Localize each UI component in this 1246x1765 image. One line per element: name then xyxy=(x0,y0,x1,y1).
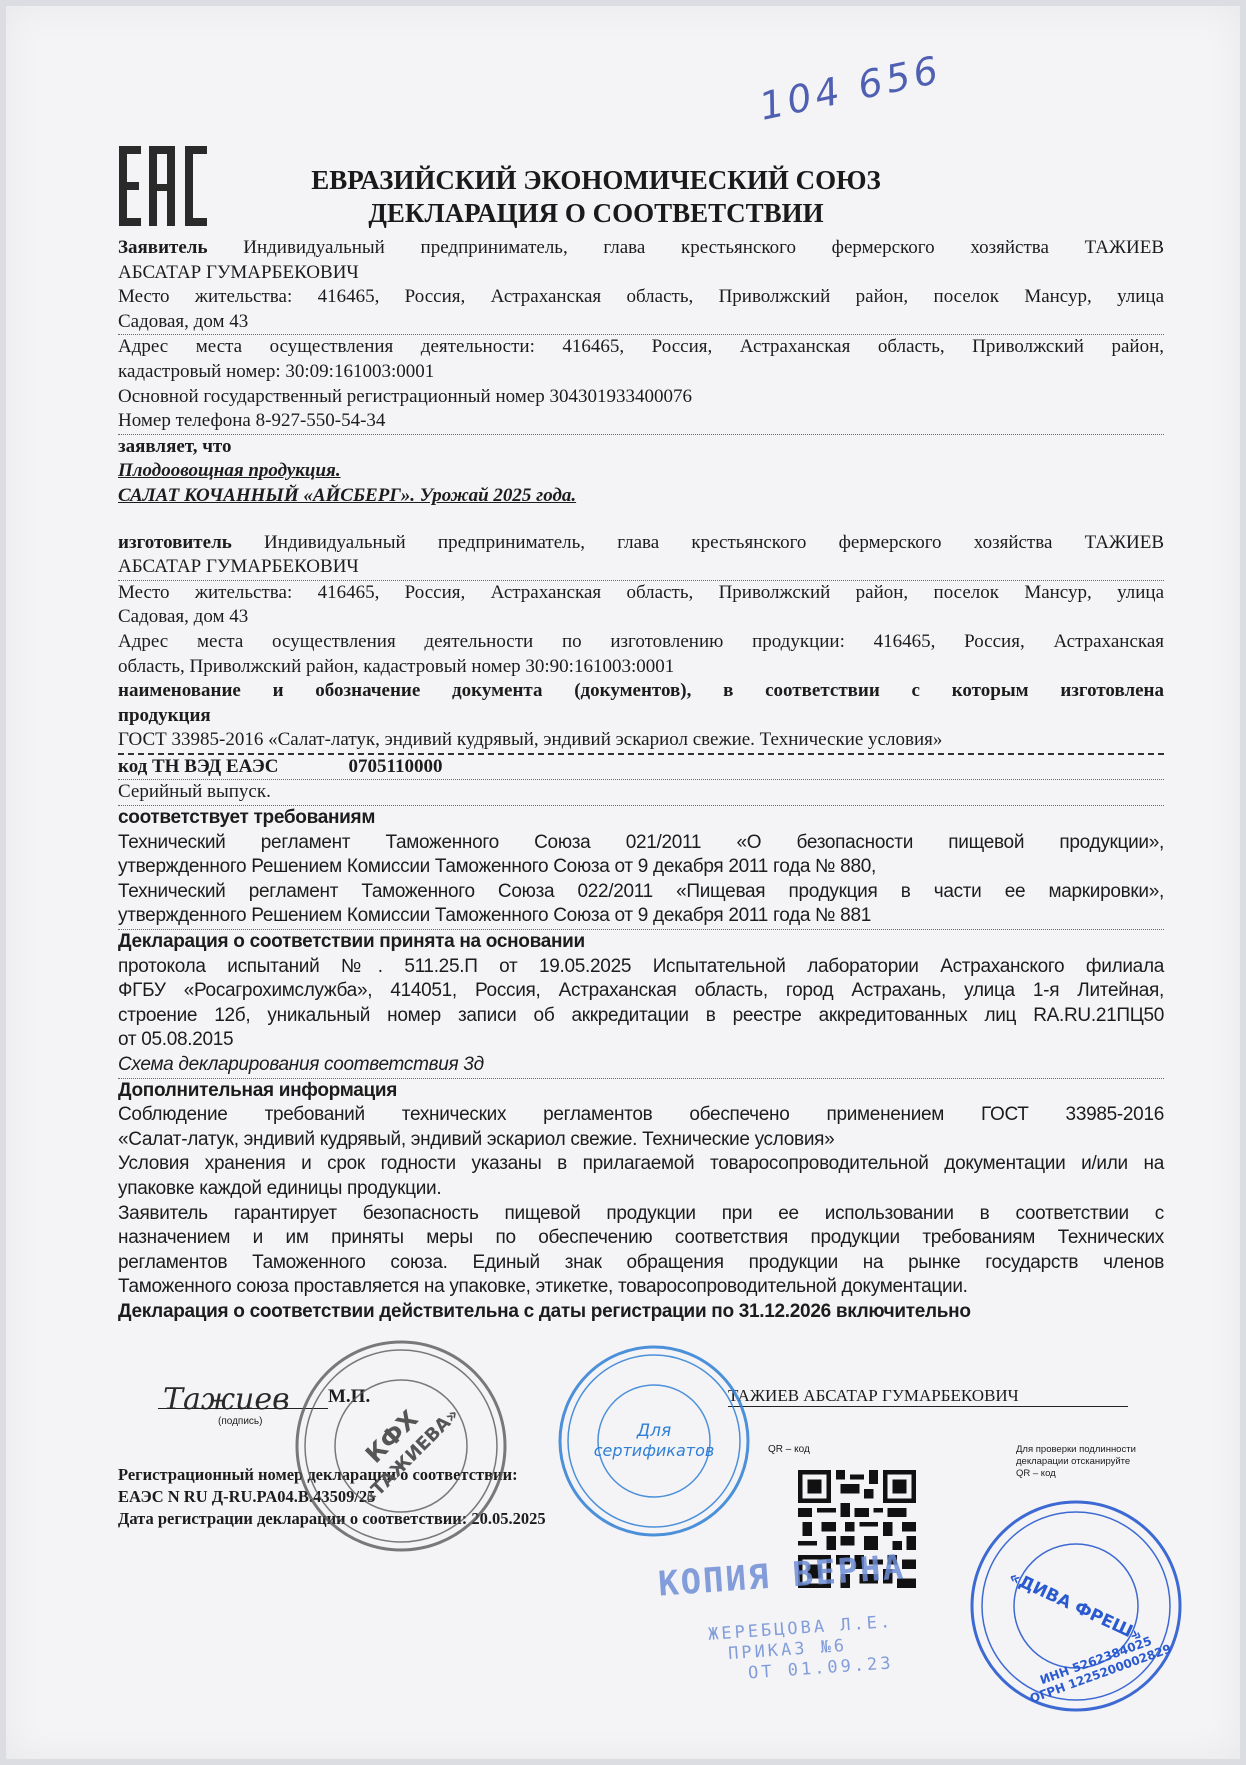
standard-doc-label-cont: продукция xyxy=(118,704,1164,729)
applicant-phone: Номер телефона 8-927-550-54-34 xyxy=(118,409,1164,435)
applicant-cadastral: кадастровый номер: 30:09:161003:0001 xyxy=(118,360,1164,385)
basis-l1: протокола испытаний №. 511.25.П от 19.05… xyxy=(118,955,1164,980)
copy-stamp-title: КОПИЯ ВЕРНА xyxy=(657,1547,906,1604)
kfh-seal-stamp-icon: КФХ «ТАЖИЕВА» xyxy=(291,1336,511,1556)
applicant-activity-address: Адрес места осуществления деятельности: … xyxy=(118,335,1164,360)
svg-text:«ДИВА ФРЕШ»: «ДИВА ФРЕШ» xyxy=(1006,1567,1146,1647)
verify-l3: QR – код xyxy=(1016,1468,1156,1480)
document-title: ЕВРАЗИЙСКИЙ ЭКОНОМИЧЕСКИЙ СОЮЗ ДЕКЛАРАЦИ… xyxy=(246,164,946,230)
basis-l3: строение 12б, уникальный номер записи об… xyxy=(118,1004,1164,1029)
manufacturer-residence-cont: Садовая, дом 43 xyxy=(118,605,1164,630)
additional-l3: Условия хранения и срок годности указаны… xyxy=(118,1152,1164,1177)
basis-label: Декларация о соответствии принята на осн… xyxy=(118,930,1164,955)
diva-fresh-stamp-icon: «ДИВА ФРЕШ» ИНН 5262384025 ОГРН 12252000… xyxy=(966,1496,1186,1716)
additional-l1: Соблюдение требований технических реглам… xyxy=(118,1103,1164,1128)
requirements-l1: Технический регламент Таможенного Союза … xyxy=(118,831,1164,856)
applicant-residence-cont: Садовая, дом 43 xyxy=(118,310,1164,336)
release-type: Серийный выпуск. xyxy=(118,780,1164,806)
manufacturer-production-cont: область, Приволжский район, кадастровый … xyxy=(118,655,1164,680)
tnved-label: код ТН ВЭД ЕАЭС xyxy=(118,756,279,777)
svg-text:Для: Для xyxy=(636,1421,671,1441)
additional-l2: «Салат-латук, эндивий кудрявый, эндивий … xyxy=(118,1128,1164,1153)
product-category: Плодоовощная продукция. xyxy=(118,460,341,481)
tnved-line: код ТН ВЭД ЕАЭС0705110000 xyxy=(118,755,1164,781)
requirements-label: соответствует требованиям xyxy=(118,806,1164,831)
product-name: САЛАТ КОЧАННЫЙ «АЙСБЕРГ». Урожай 2025 го… xyxy=(118,485,576,506)
additional-label: Дополнительная информация xyxy=(118,1079,1164,1104)
verify-l2: декларации отсканируйте xyxy=(1016,1456,1156,1468)
applicant-name-cont: АБСАТАР ГУМАРБЕКОВИЧ xyxy=(118,261,1164,286)
declaration-scheme: Схема декларирования соответствия 3д xyxy=(118,1053,1164,1079)
title-union: ЕВРАЗИЙСКИЙ ЭКОНОМИЧЕСКИЙ СОЮЗ xyxy=(246,164,946,197)
requirements-l2: утвержденного Решением Комиссии Таможенн… xyxy=(118,855,1164,880)
svg-text:сертификатов: сертификатов xyxy=(594,1441,715,1460)
applicant-line: Заявитель Индивидуальный предприниматель… xyxy=(118,236,1164,261)
qr-label: QR – код xyxy=(768,1444,810,1455)
manufacturer-residence: Место жительства: 416465, Россия, Астрах… xyxy=(118,581,1164,606)
requirements-l3: Технический регламент Таможенного Союза … xyxy=(118,880,1164,905)
requirements-l4: утвержденного Решением Комиссии Таможенн… xyxy=(118,904,1164,930)
manufacturer-line: изготовитель Индивидуальный предпринимат… xyxy=(118,531,1164,556)
qr-verify-note: Для проверки подлинности декларации отск… xyxy=(1016,1444,1156,1480)
tnved-code: 0705110000 xyxy=(349,756,443,777)
manufacturer-production-address: Адрес места осуществления деятельности п… xyxy=(118,630,1164,655)
basis-l4: от 05.08.2015 xyxy=(118,1028,1164,1053)
declaration-body: Заявитель Индивидуальный предприниматель… xyxy=(118,236,1164,1325)
applicant-name: Индивидуальный предприниматель, глава кр… xyxy=(243,237,1164,258)
declaration-sheet: 104 656 ЕВРАЗИЙСКИЙ ЭКОНОМИЧЕСКИЙ СОЮЗ Д… xyxy=(6,6,1240,1759)
additional-l7: регламентов Таможенного союза. Единый зн… xyxy=(118,1251,1164,1276)
standard-doc-value: ГОСТ 33985-2016 «Салат-латук, эндивий ку… xyxy=(118,728,1164,755)
applicant-residence: Место жительства: 416465, Россия, Астрах… xyxy=(118,285,1164,310)
handwritten-number: 104 656 xyxy=(755,47,945,129)
handwritten-signature: Тажиев xyxy=(163,1382,290,1417)
manufacturer-name: Индивидуальный предприниматель, глава кр… xyxy=(264,532,1164,553)
additional-l4: упаковке каждой единицы продукции. xyxy=(118,1177,1164,1202)
basis-l2: ФГБУ «Росагрохимслужба», 414051, Россия,… xyxy=(118,979,1164,1004)
manufacturer-name-cont: АБСАТАР ГУМАРБЕКОВИЧ xyxy=(118,555,1164,581)
copy-certified-stamp: КОПИЯ ВЕРНА ЖЕРЕБЦОВА Л.Е. ПРИКАЗ №6 ОТ … xyxy=(658,1556,905,1678)
validity-statement: Декларация о соответствии действительна … xyxy=(118,1300,1164,1325)
manufacturer-label: изготовитель xyxy=(118,532,232,553)
additional-l5: Заявитель гарантирует безопасность пищев… xyxy=(118,1202,1164,1227)
title-declaration: ДЕКЛАРАЦИЯ О СООТВЕТСТВИИ xyxy=(246,197,946,230)
applicant-label: Заявитель xyxy=(118,237,208,258)
declares-label: заявляет, что xyxy=(118,435,1164,460)
additional-l8: Таможенного союза проставляется на упако… xyxy=(118,1275,1164,1300)
applicant-ogrn: Основной государственный регистрационный… xyxy=(118,385,1164,410)
eac-logo-icon xyxy=(119,146,209,226)
additional-l6: назначением и им приняты меры по обеспеч… xyxy=(118,1226,1164,1251)
signatory-name: ТАЖИЕВ АБСАТАР ГУМАРБЕКОВИЧ xyxy=(728,1386,1128,1407)
verify-l1: Для проверки подлинности xyxy=(1016,1444,1156,1456)
certificates-stamp-icon: Для сертификатов xyxy=(554,1341,754,1541)
signature-caption: (подпись) xyxy=(218,1416,262,1427)
standard-doc-label: наименование и обозначение документа (до… xyxy=(118,679,1164,704)
